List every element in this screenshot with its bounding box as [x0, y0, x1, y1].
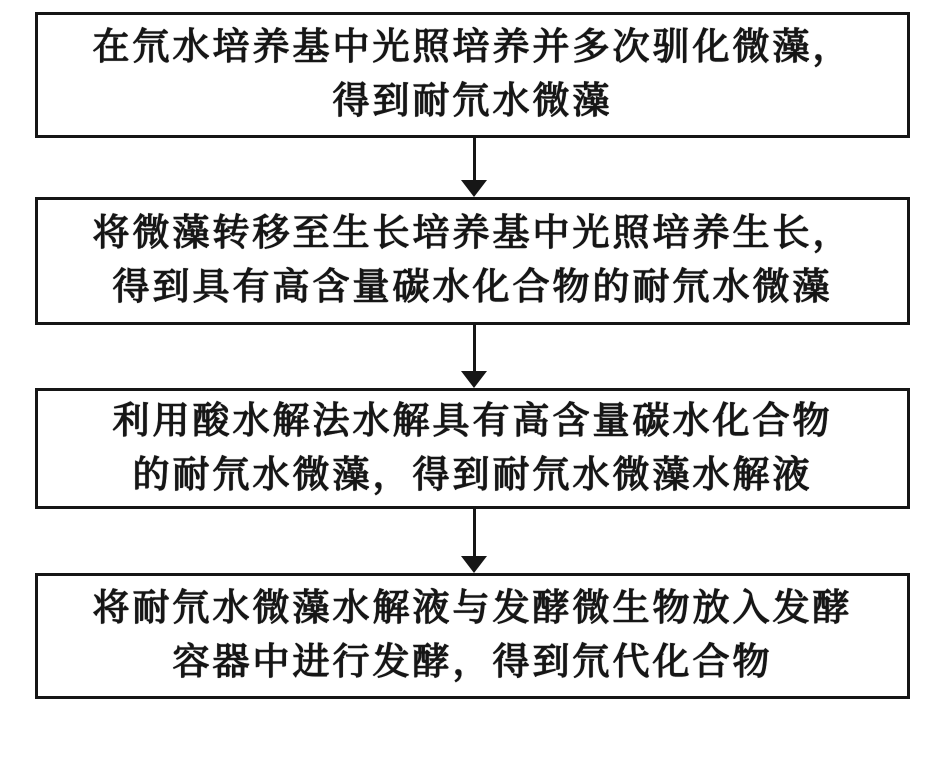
step-3-line-2: 的耐氘水微藻，得到耐氘水微藻水解液 [133, 455, 813, 496]
down-arrow-3 [461, 509, 487, 573]
step-4-line-2: 容器中进行发酵，得到氘代化合物 [173, 642, 773, 683]
arrow-shaft [473, 138, 476, 180]
arrow-head-icon [461, 556, 487, 573]
step-1-line-2: 得到耐氘水微藻 [333, 81, 613, 122]
arrow-shaft [473, 325, 476, 371]
step-2-line-1: 将微藻转移至生长培养基中光照培养生长， [93, 213, 853, 254]
process-box-step-2: 将微藻转移至生长培养基中光照培养生长， 得到具有高含量碳水化合物的耐氘水微藻 [35, 197, 910, 325]
process-step-3-text: 利用酸水解法水解具有高含量碳水化合物 的耐氘水微藻，得到耐氘水微藻水解液 [38, 395, 907, 502]
step-4-line-1: 将耐氘水微藻水解液与发酵微生物放入发酵 [93, 588, 853, 629]
step-2-line-2: 得到具有高含量碳水化合物的耐氘水微藻 [113, 267, 833, 308]
step-1-line-1: 在氘水培养基中光照培养并多次驯化微藻， [93, 27, 853, 68]
flowchart-figure: 在氘水培养基中光照培养并多次驯化微藻， 得到耐氘水微藻 将微藻转移至生长培养基中… [0, 0, 932, 759]
down-arrow-1 [461, 138, 487, 197]
process-box-step-4: 将耐氘水微藻水解液与发酵微生物放入发酵 容器中进行发酵，得到氘代化合物 [35, 573, 910, 699]
down-arrow-2 [461, 325, 487, 388]
process-step-2-text: 将微藻转移至生长培养基中光照培养生长， 得到具有高含量碳水化合物的耐氘水微藻 [38, 207, 907, 314]
process-box-step-3: 利用酸水解法水解具有高含量碳水化合物 的耐氘水微藻，得到耐氘水微藻水解液 [35, 388, 910, 509]
arrow-head-icon [461, 371, 487, 388]
process-step-1-text: 在氘水培养基中光照培养并多次驯化微藻， 得到耐氘水微藻 [38, 21, 907, 128]
process-box-step-1: 在氘水培养基中光照培养并多次驯化微藻， 得到耐氘水微藻 [35, 12, 910, 138]
process-step-4-text: 将耐氘水微藻水解液与发酵微生物放入发酵 容器中进行发酵，得到氘代化合物 [38, 582, 907, 689]
step-3-line-1: 利用酸水解法水解具有高含量碳水化合物 [113, 401, 833, 442]
arrow-shaft [473, 509, 476, 556]
arrow-head-icon [461, 180, 487, 197]
